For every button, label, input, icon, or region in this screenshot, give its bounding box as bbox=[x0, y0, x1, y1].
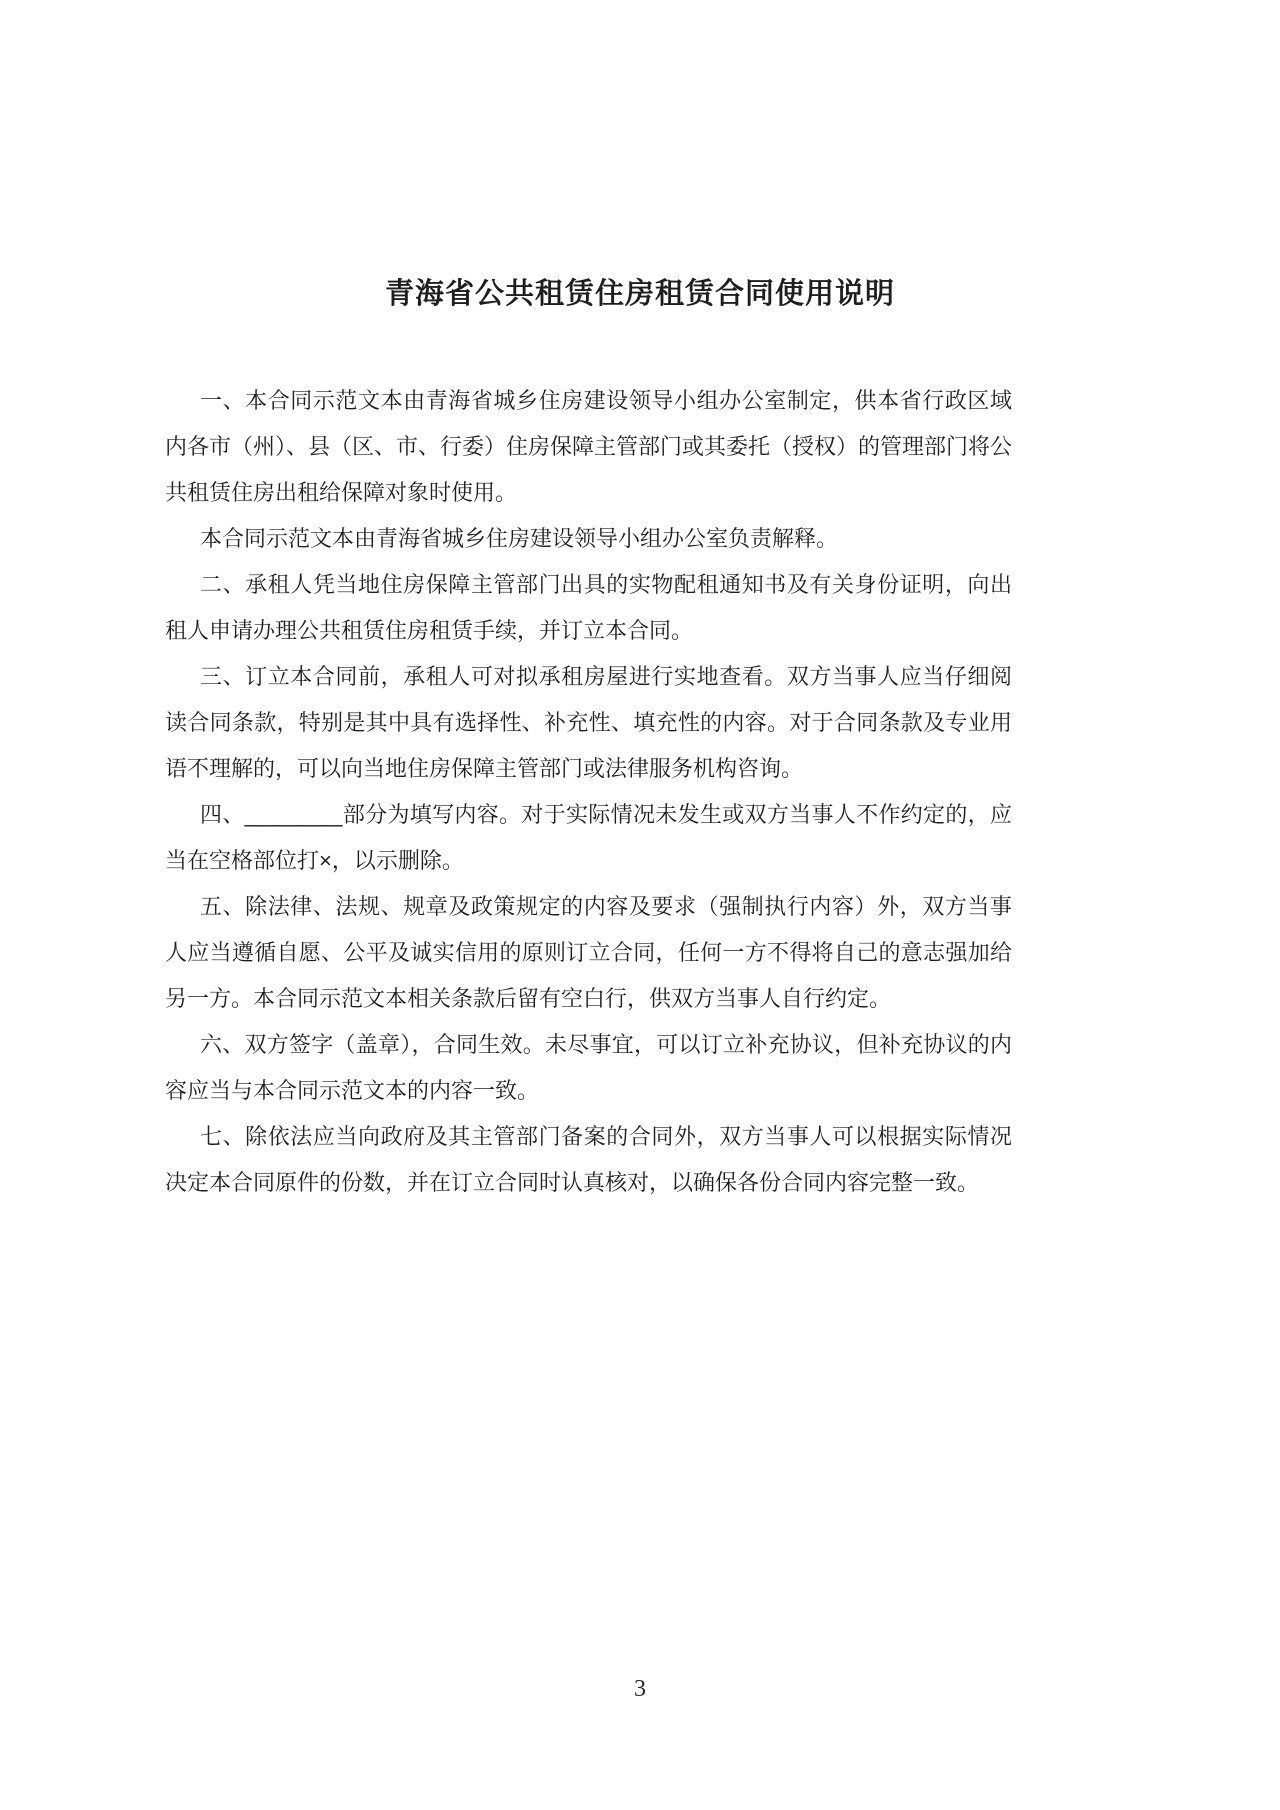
page-number: 3 bbox=[0, 1676, 1280, 1703]
paragraph-6: 六、双方签字（盖章），合同生效。未尽事宜，可以订立补充协议，但补充协议的内容应当… bbox=[165, 1022, 1012, 1114]
document-body: 一、本合同示范文本由青海省城乡住房建设领导小组办公室制定，供本省行政区域内各市（… bbox=[165, 378, 1012, 1206]
paragraph-1: 一、本合同示范文本由青海省城乡住房建设领导小组办公室制定，供本省行政区域内各市（… bbox=[165, 378, 1012, 516]
document-page: 青海省公共租赁住房租赁合同使用说明 一、本合同示范文本由青海省城乡住房建设领导小… bbox=[0, 0, 1280, 1810]
document-title: 青海省公共租赁住房租赁合同使用说明 bbox=[0, 276, 1280, 312]
fill-in-blank-line: ________ bbox=[245, 802, 343, 827]
paragraph-1-note: 本合同示范文本由青海省城乡住房建设领导小组办公室负责解释。 bbox=[165, 516, 1012, 562]
paragraph-2: 二、承租人凭当地住房保障主管部门出具的实物配租通知书及有关身份证明，向出租人申请… bbox=[165, 562, 1012, 654]
paragraph-3: 三、订立本合同前，承租人可对拟承租房屋进行实地查看。双方当事人应当仔细阅读合同条… bbox=[165, 654, 1012, 792]
paragraph-5: 五、除法律、法规、规章及政策规定的内容及要求（强制执行内容）外，双方当事人应当遵… bbox=[165, 884, 1012, 1022]
paragraph-4: 四、________部分为填写内容。对于实际情况未发生或双方当事人不作约定的，应… bbox=[165, 792, 1012, 884]
paragraph-4-prefix: 四、 bbox=[200, 802, 245, 827]
paragraph-7: 七、除依法应当向政府及其主管部门备案的合同外，双方当事人可以根据实际情况决定本合… bbox=[165, 1114, 1012, 1206]
